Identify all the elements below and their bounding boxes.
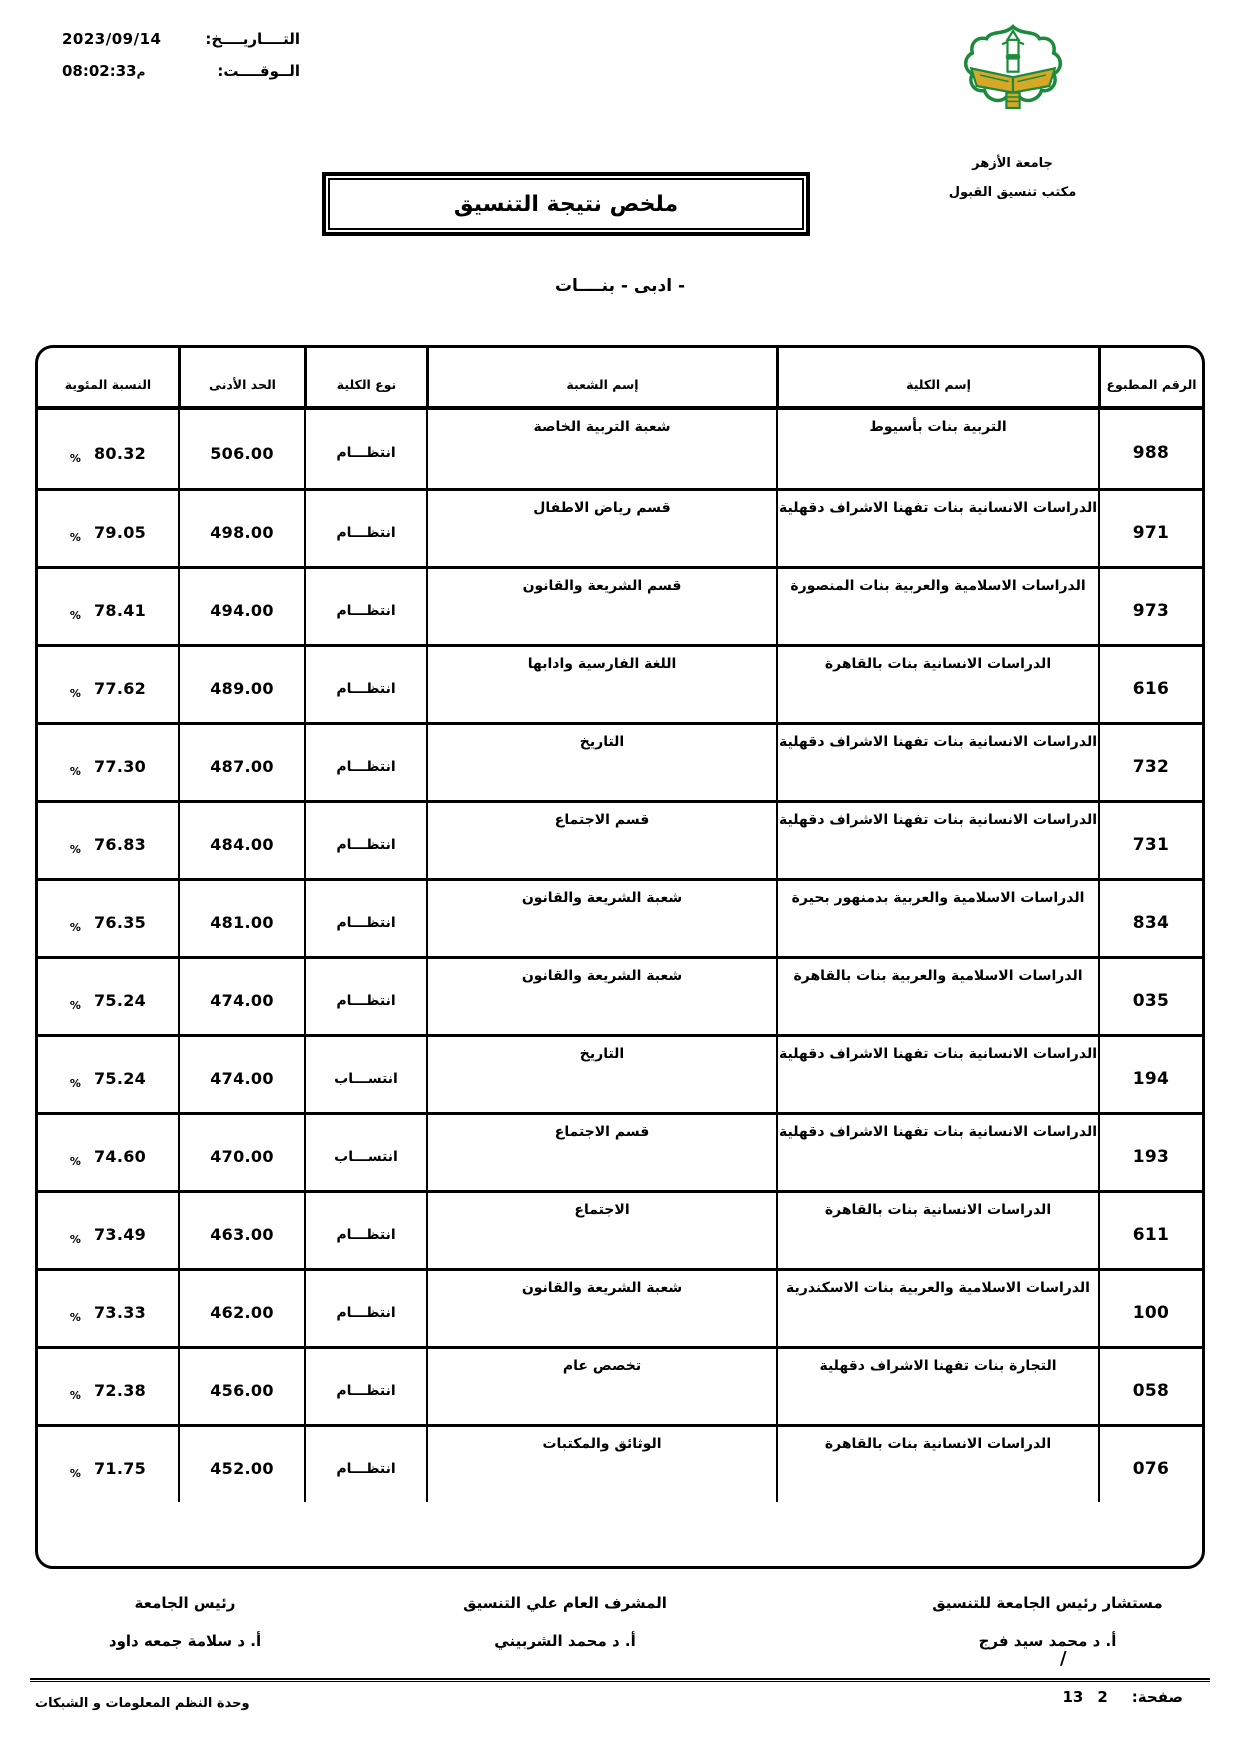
report-title-inner: ملخص نتيجة التنسيق: [328, 178, 804, 230]
cell-percentage: %77.62: [38, 647, 178, 722]
page-label: صفحة:: [1132, 1688, 1183, 1706]
page-indicator: صفحة: 2 13: [1062, 1688, 1183, 1706]
cell-percentage: %78.41: [38, 569, 178, 644]
university-name: جامعة الأزهر: [905, 156, 1120, 171]
cell-printed-code: 616: [1098, 647, 1202, 722]
percent-value: 75.24: [94, 991, 146, 1010]
cell-college-name: الدراسات الانسانية بنات بالقاهرة: [776, 1427, 1098, 1502]
signature-title: المشرف العام علي التنسيق: [425, 1594, 705, 1612]
cell-branch-name: تخصص عام: [426, 1349, 776, 1424]
cell-minimum-score: 474.00: [178, 959, 304, 1034]
cell-printed-code: 058: [1098, 1349, 1202, 1424]
cell-enrollment-type: انتظـــام: [304, 1271, 426, 1346]
cell-enrollment-type: انتظـــام: [304, 569, 426, 644]
table-row: 834الدراسات الاسلامية والعربية بدمنهور ب…: [38, 878, 1202, 956]
percent-sign: %: [70, 1077, 81, 1090]
percent-value: 73.33: [94, 1303, 146, 1322]
cell-college-name: الدراسات الاسلامية والعربية بنات بالقاهر…: [776, 959, 1098, 1034]
cell-enrollment-type: انتظـــام: [304, 881, 426, 956]
cell-printed-code: 834: [1098, 881, 1202, 956]
cell-enrollment-type: انتظـــام: [304, 959, 426, 1034]
cell-minimum-score: 484.00: [178, 803, 304, 878]
signature-coordination-advisor: مستشار رئيس الجامعة للتنسيق أ. د محمد سي…: [915, 1594, 1180, 1650]
percent-value: 76.83: [94, 835, 146, 854]
percent-sign: %: [70, 999, 81, 1012]
cell-branch-name: قسم الشريعة والقانون: [426, 569, 776, 644]
table-row: 035الدراسات الاسلامية والعربية بنات بالق…: [38, 956, 1202, 1034]
cell-percentage: %74.60: [38, 1115, 178, 1190]
cell-minimum-score: 474.00: [178, 1037, 304, 1112]
percent-sign: %: [70, 1311, 81, 1324]
cell-printed-code: 193: [1098, 1115, 1202, 1190]
cell-percentage: %73.33: [38, 1271, 178, 1346]
percent-sign: %: [70, 1233, 81, 1246]
cell-branch-name: قسم الاجتماع: [426, 1115, 776, 1190]
section-subtitle: - ادبى - بنــــات: [0, 276, 1240, 296]
cell-percentage: %75.24: [38, 959, 178, 1034]
table-row: 076الدراسات الانسانية بنات بالقاهرةالوثا…: [38, 1424, 1202, 1502]
cell-enrollment-type: انتســـاب: [304, 1037, 426, 1112]
percent-value: 77.62: [94, 679, 146, 698]
time-digits: 08:02:33: [62, 62, 137, 80]
percent-value: 77.30: [94, 757, 146, 776]
header-type: نوع الكلية: [304, 348, 426, 406]
page-numbers: 2 13: [1062, 1688, 1107, 1706]
cell-college-name: الدراسات الانسانية بنات تفهنا الاشراف دق…: [776, 725, 1098, 800]
cell-enrollment-type: انتظـــام: [304, 491, 426, 566]
header-percent: النسبة المئوية: [38, 348, 178, 406]
cell-college-name: الدراسات الانسانية بنات تفهنا الاشراف دق…: [776, 1037, 1098, 1112]
cell-printed-code: 971: [1098, 491, 1202, 566]
footer-divider: [30, 1678, 1210, 1682]
cell-printed-code: 973: [1098, 569, 1202, 644]
cell-enrollment-type: انتظـــام: [304, 725, 426, 800]
percent-value: 75.24: [94, 1069, 146, 1088]
time-row: الــوقــــت: م08:02:33: [62, 62, 300, 80]
cell-college-name: الدراسات الاسلامية والعربية بنات الاسكند…: [776, 1271, 1098, 1346]
date-row: التــــاريــــخ: 2023/09/14: [62, 30, 300, 48]
signature-name: أ. د محمد الشربيني: [425, 1632, 705, 1650]
header-code: الرقم المطبوع: [1098, 348, 1202, 406]
cell-minimum-score: 506.00: [178, 410, 304, 488]
cell-branch-name: اللغة الفارسية وادابها: [426, 647, 776, 722]
cell-printed-code: 731: [1098, 803, 1202, 878]
percent-sign: %: [70, 765, 81, 778]
table-row: 732الدراسات الانسانية بنات تفهنا الاشراف…: [38, 722, 1202, 800]
date-time-block: التــــاريــــخ: 2023/09/14 الــوقــــت:…: [62, 30, 300, 94]
cell-college-name: الدراسات الاسلامية والعربية بدمنهور بحير…: [776, 881, 1098, 956]
cell-percentage: %73.49: [38, 1193, 178, 1268]
signature-name: أ. د سلامة جمعه داود: [70, 1632, 300, 1650]
page-total: 13: [1062, 1688, 1083, 1706]
page-number: 2: [1097, 1688, 1107, 1706]
cell-minimum-score: 487.00: [178, 725, 304, 800]
cell-minimum-score: 462.00: [178, 1271, 304, 1346]
percent-value: 76.35: [94, 913, 146, 932]
cell-college-name: التجارة بنات تفهنا الاشراف دقهلية: [776, 1349, 1098, 1424]
cell-enrollment-type: انتظـــام: [304, 803, 426, 878]
percent-sign: %: [70, 1155, 81, 1168]
cell-minimum-score: 489.00: [178, 647, 304, 722]
percent-value: 80.32: [94, 444, 146, 463]
cell-printed-code: 988: [1098, 410, 1202, 488]
document-page: { "meta": { "date_label": "التــــاريـــ…: [0, 0, 1240, 1753]
table-row: 616الدراسات الانسانية بنات بالقاهرةاللغة…: [38, 644, 1202, 722]
table-row: 971الدراسات الانسانية بنات تفهنا الاشراف…: [38, 488, 1202, 566]
percent-value: 74.60: [94, 1147, 146, 1166]
cell-college-name: الدراسات الاسلامية والعربية بنات المنصور…: [776, 569, 1098, 644]
cell-branch-name: الاجتماع: [426, 1193, 776, 1268]
al-azhar-logo-icon: [947, 24, 1079, 148]
table-row: 193الدراسات الانسانية بنات تفهنا الاشراف…: [38, 1112, 1202, 1190]
cell-enrollment-type: انتظـــام: [304, 410, 426, 488]
cell-college-name: الدراسات الانسانية بنات تفهنا الاشراف دق…: [776, 1115, 1098, 1190]
cell-branch-name: قسم رياض الاطفال: [426, 491, 776, 566]
header-branch: إسم الشعبة: [426, 348, 776, 406]
time-label: الــوقــــت:: [217, 62, 300, 80]
cell-minimum-score: 452.00: [178, 1427, 304, 1502]
table-row: 058التجارة بنات تفهنا الاشراف دقهليةتخصص…: [38, 1346, 1202, 1424]
cell-branch-name: الوثائق والمكتبات: [426, 1427, 776, 1502]
university-header: جامعة الأزهر مكتب تنسيق القبول: [905, 24, 1120, 200]
table-row: 731الدراسات الانسانية بنات تفهنا الاشراف…: [38, 800, 1202, 878]
cell-minimum-score: 494.00: [178, 569, 304, 644]
percent-value: 73.49: [94, 1225, 146, 1244]
header-min: الحد الأدنى: [178, 348, 304, 406]
date-label: التــــاريــــخ:: [205, 30, 300, 48]
cell-percentage: %80.32: [38, 410, 178, 488]
cell-enrollment-type: انتظـــام: [304, 1427, 426, 1502]
cell-percentage: %76.83: [38, 803, 178, 878]
percent-sign: %: [70, 609, 81, 622]
table-row: 973الدراسات الاسلامية والعربية بنات المن…: [38, 566, 1202, 644]
percent-sign: %: [70, 687, 81, 700]
cell-printed-code: 076: [1098, 1427, 1202, 1502]
cell-minimum-score: 463.00: [178, 1193, 304, 1268]
table-row: 611الدراسات الانسانية بنات بالقاهرةالاجت…: [38, 1190, 1202, 1268]
cell-minimum-score: 456.00: [178, 1349, 304, 1424]
time-meridiem: م: [137, 65, 146, 79]
report-title: ملخص نتيجة التنسيق: [454, 192, 678, 217]
cell-enrollment-type: انتظـــام: [304, 1193, 426, 1268]
cell-branch-name: التاريخ: [426, 725, 776, 800]
cell-branch-name: شعبة الشريعة والقانون: [426, 959, 776, 1034]
cell-printed-code: 611: [1098, 1193, 1202, 1268]
table-header-row: الرقم المطبوع إسم الكلية إسم الشعبة نوع …: [38, 348, 1202, 410]
signature-university-president: رئيس الجامعة أ. د سلامة جمعه داود: [70, 1594, 300, 1650]
percent-sign: %: [70, 531, 81, 544]
percent-sign: %: [70, 452, 81, 465]
cell-printed-code: 100: [1098, 1271, 1202, 1346]
cell-enrollment-type: انتســـاب: [304, 1115, 426, 1190]
cell-enrollment-type: انتظـــام: [304, 647, 426, 722]
percent-sign: %: [70, 843, 81, 856]
table-row: 100الدراسات الاسلامية والعربية بنات الاس…: [38, 1268, 1202, 1346]
percent-value: 79.05: [94, 523, 146, 542]
cell-percentage: %79.05: [38, 491, 178, 566]
cell-branch-name: شعبة التربية الخاصة: [426, 410, 776, 488]
cell-enrollment-type: انتظـــام: [304, 1349, 426, 1424]
cell-branch-name: شعبة الشريعة والقانون: [426, 881, 776, 956]
cell-percentage: %71.75: [38, 1427, 178, 1502]
time-value: م08:02:33: [62, 62, 145, 80]
signature-name: أ. د محمد سيد فرج: [915, 1632, 1180, 1650]
cell-printed-code: 732: [1098, 725, 1202, 800]
signature-title: مستشار رئيس الجامعة للتنسيق: [915, 1594, 1180, 1612]
percent-value: 72.38: [94, 1381, 146, 1400]
table-row: 988التربية بنات بأسيوطشعبة التربية الخاص…: [38, 410, 1202, 488]
percent-value: 71.75: [94, 1459, 146, 1478]
report-title-box: ملخص نتيجة التنسيق: [322, 172, 810, 236]
cell-branch-name: التاريخ: [426, 1037, 776, 1112]
signature-title: رئيس الجامعة: [70, 1594, 300, 1612]
signature-general-supervisor: المشرف العام علي التنسيق أ. د محمد الشرب…: [425, 1594, 705, 1650]
cell-percentage: %76.35: [38, 881, 178, 956]
cell-branch-name: شعبة الشريعة والقانون: [426, 1271, 776, 1346]
cell-percentage: %77.30: [38, 725, 178, 800]
table-body: 988التربية بنات بأسيوطشعبة التربية الخاص…: [38, 410, 1202, 1502]
cell-college-name: الدراسات الانسانية بنات تفهنا الاشراف دق…: [776, 491, 1098, 566]
cell-minimum-score: 470.00: [178, 1115, 304, 1190]
results-table: الرقم المطبوع إسم الكلية إسم الشعبة نوع …: [35, 345, 1205, 1569]
cell-college-name: الدراسات الانسانية بنات بالقاهرة: [776, 647, 1098, 722]
percent-value: 78.41: [94, 601, 146, 620]
percent-sign: %: [70, 921, 81, 934]
cell-percentage: %72.38: [38, 1349, 178, 1424]
table-row: 194الدراسات الانسانية بنات تفهنا الاشراف…: [38, 1034, 1202, 1112]
cell-branch-name: قسم الاجتماع: [426, 803, 776, 878]
cell-minimum-score: 498.00: [178, 491, 304, 566]
percent-sign: %: [70, 1389, 81, 1402]
office-name: مكتب تنسيق القبول: [905, 185, 1120, 200]
cell-college-name: الدراسات الانسانية بنات بالقاهرة: [776, 1193, 1098, 1268]
percent-sign: %: [70, 1467, 81, 1480]
cell-minimum-score: 481.00: [178, 881, 304, 956]
header-college: إسم الكلية: [776, 348, 1098, 406]
cell-percentage: %75.24: [38, 1037, 178, 1112]
it-unit-label: وحدة النظم المعلومات و الشبكات: [35, 1696, 250, 1711]
date-value: 2023/09/14: [62, 30, 161, 48]
cell-printed-code: 035: [1098, 959, 1202, 1034]
slash-mark: /: [1060, 1648, 1067, 1669]
cell-printed-code: 194: [1098, 1037, 1202, 1112]
cell-college-name: الدراسات الانسانية بنات تفهنا الاشراف دق…: [776, 803, 1098, 878]
cell-college-name: التربية بنات بأسيوط: [776, 410, 1098, 488]
